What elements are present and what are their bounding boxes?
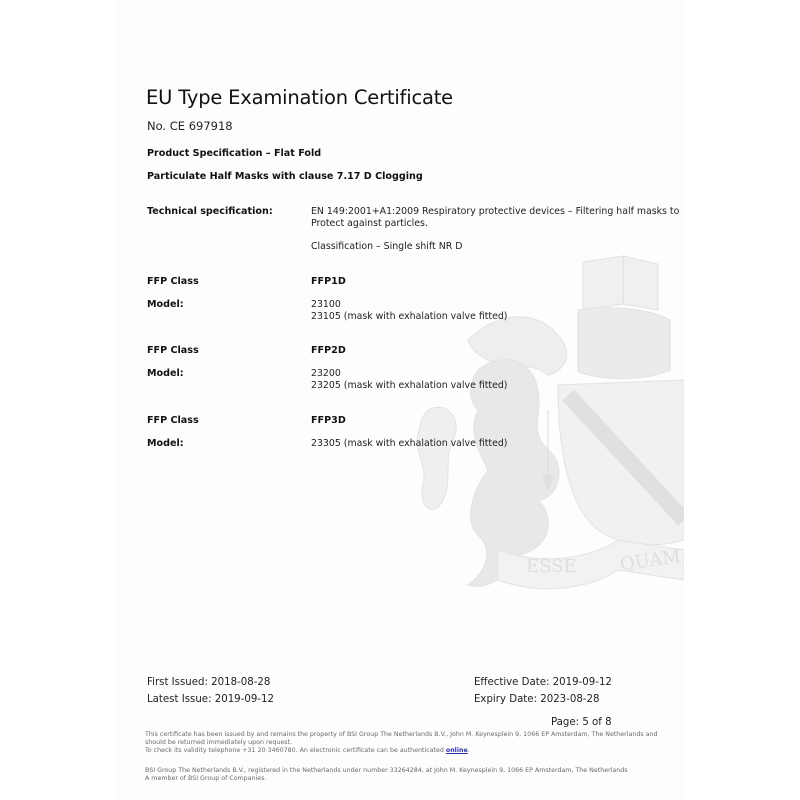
model-number: 23200 [311,368,341,380]
ffp-class-value: FFP3D [311,415,346,426]
company-info: BSI Group The Netherlands B.V., register… [145,767,628,783]
ffp-class-label: FFP Class [147,345,199,356]
product-specification: Product Specification – Flat Fold [147,148,321,159]
classification: Classification – Single shift NR D [311,241,462,253]
fine-print-text: To check its validity telephone +31 20 3… [145,747,446,754]
ffp-class-value: FFP2D [311,345,346,356]
technical-spec-line1: EN 149:2001+A1:2009 Respiratory protecti… [311,206,679,218]
model-number: 23205 (mask with exhalation valve fitted… [311,380,507,392]
fine-print-text: . [468,747,470,754]
ffp-class-value: FFP1D [311,276,346,287]
page-indicator: Page: 5 of 8 [551,717,612,728]
model-label: Model: [147,368,184,379]
ffp-class-label: FFP Class [147,415,199,426]
latest-issue: Latest Issue: 2019-09-12 [147,694,274,705]
certificate-number: No. CE 697918 [147,119,233,133]
technical-spec-line2: Protect against particles. [311,218,428,230]
online-link[interactable]: online [446,747,468,754]
company-registration: BSI Group The Netherlands B.V., register… [145,767,628,775]
product-subtitle: Particulate Half Masks with clause 7.17 … [147,171,423,182]
fine-print-line: This certificate has been issued by and … [145,731,657,739]
model-label: Model: [147,299,184,310]
model-number: 23105 (mask with exhalation valve fitted… [311,311,507,323]
model-number: 23305 (mask with exhalation valve fitted… [311,438,507,450]
ffp-class-label: FFP Class [147,276,199,287]
model-label: Model: [147,438,184,449]
expiry-date: Expiry Date: 2023-08-28 [474,694,599,705]
fine-print-line: should be returned immediately upon requ… [145,739,657,747]
fine-print-line: To check its validity telephone +31 20 3… [145,747,657,755]
first-issued: First Issued: 2018-08-28 [147,677,270,688]
model-number: 23100 [311,299,341,311]
company-member: A member of BSI Group of Companies. [145,775,628,783]
document-title: EU Type Examination Certificate [146,86,453,109]
fine-print: This certificate has been issued by and … [145,731,657,756]
technical-spec-label: Technical specification: [147,206,273,217]
effective-date: Effective Date: 2019-09-12 [474,677,612,688]
